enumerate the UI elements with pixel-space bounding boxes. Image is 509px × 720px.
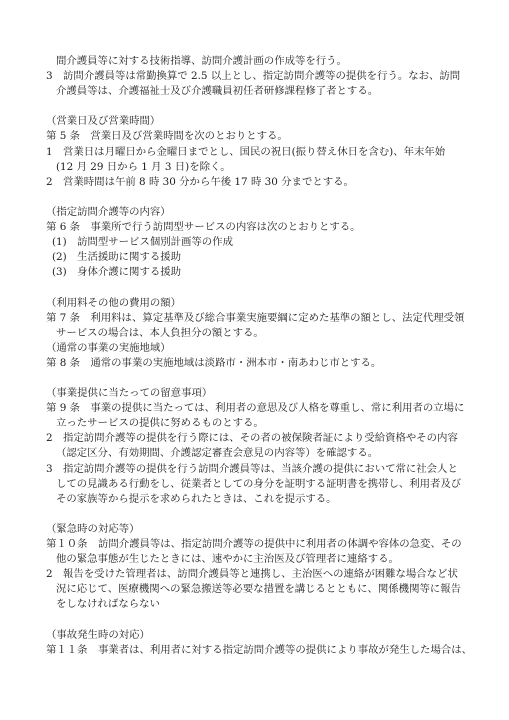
document-line: （緊急時の対応等） [46,522,486,537]
document-line: (2) 生活援助に関する援助 [46,250,486,265]
document-line: 第 5 条 営業日及び営業時間を次のとおりとする。 [46,129,486,144]
document-line: (12 月 29 日から 1 月 3 日)を除く。 [46,160,486,175]
document-line: サービスの場合は、本人負担分の額とする。 [46,326,486,341]
blank-line [46,507,486,522]
document-line: 立ったサービスの提供に努めるものとする。 [46,416,486,431]
blank-line [46,612,486,627]
blank-line [46,99,486,114]
document-line: 第１１条 事業者は、利用者に対する指定訪問介護等の提供により事故が発生した場合は… [46,643,486,658]
document-line: 介護員等は、介護福祉士及び介護職員初任者研修課程修了者とする。 [46,84,486,99]
document-line: 間介護員等に対する技術指導、訪問介護計画の作成等を行う。 [46,54,486,69]
document-line: 1 営業日は月曜日から金曜日までとし、国民の祝日(振り替え休日を含む)、年末年始 [46,145,486,160]
document-line: （認定区分、有効期間、介護認定審査会意見の内容等）を確認する。 [46,446,486,461]
document-line: （営業日及び営業時間） [46,114,486,129]
document-line: (3) 身体介護に関する援助 [46,265,486,280]
document-line: （通常の事業の実施地域） [46,341,486,356]
document-line: をしなければならない [46,597,486,612]
document-line: 第１０条 訪問介護員等は、指定訪問介護等の提供中に利用者の体調や容体の急変、その [46,537,486,552]
document-line: （指定訪問介護等の内容） [46,205,486,220]
document-line: 第 9 条 事業の提供に当たっては、利用者の意思及び人格を尊重し、常に利用者の立… [46,401,486,416]
document-line: 他の緊急事態が生じたときには、速やかに主治医及び管理者に連絡する。 [46,552,486,567]
document-line: （利用料その他の費用の額） [46,296,486,311]
document-line: 況に応じて、医療機関への緊急搬送等必要な措置を講じるとともに、関係機関等に報告 [46,582,486,597]
document-line: しての見識ある行動をし、従業者としての身分を証明する証明書を携帯し、利用者及び [46,477,486,492]
document-line: （事業提供に当たっての留意事項） [46,386,486,401]
document-line: 第 6 条 事業所で行う訪問型サービスの内容は次のとおりとする。 [46,220,486,235]
document-line: （事故発生時の対応） [46,628,486,643]
document-text-block: 間介護員等に対する技術指導、訪問介護計画の作成等を行う。3 訪問介護員等は常勤換… [46,54,486,658]
document-line: その家族等から提示を求められたときは、これを提示する。 [46,492,486,507]
document-line: 2 営業時間は午前 8 時 30 分から午後 17 時 30 分までとする。 [46,175,486,190]
document-line: 第 7 条 利用料は、算定基準及び総合事業実施要綱に定めた基準の額とし、法定代理… [46,311,486,326]
blank-line [46,190,486,205]
document-line: 第 8 条 通常の事業の実施地域は淡路市・洲本市・南あわじ市とする。 [46,356,486,371]
blank-line [46,371,486,386]
document-line: 2 指定訪問介護等の提供を行う際には、その者の被保険者証により受給資格やその内容 [46,431,486,446]
document-line: 3 訪問介護員等は常勤換算で 2.5 以上とし、指定訪問介護等の提供を行う。なお… [46,69,486,84]
blank-line [46,280,486,295]
document-line: 2 報告を受けた管理者は、訪問介護員等と連携し、主治医への連絡が困難な場合など状 [46,567,486,582]
document-line: 3 指定訪問介護等の提供を行う訪問介護員等は、当該介護の提供において常に社会人と [46,462,486,477]
document-line: (1) 訪問型サービス個別計画等の作成 [46,235,486,250]
document-page: 間介護員等に対する技術指導、訪問介護計画の作成等を行う。3 訪問介護員等は常勤換… [0,0,509,720]
